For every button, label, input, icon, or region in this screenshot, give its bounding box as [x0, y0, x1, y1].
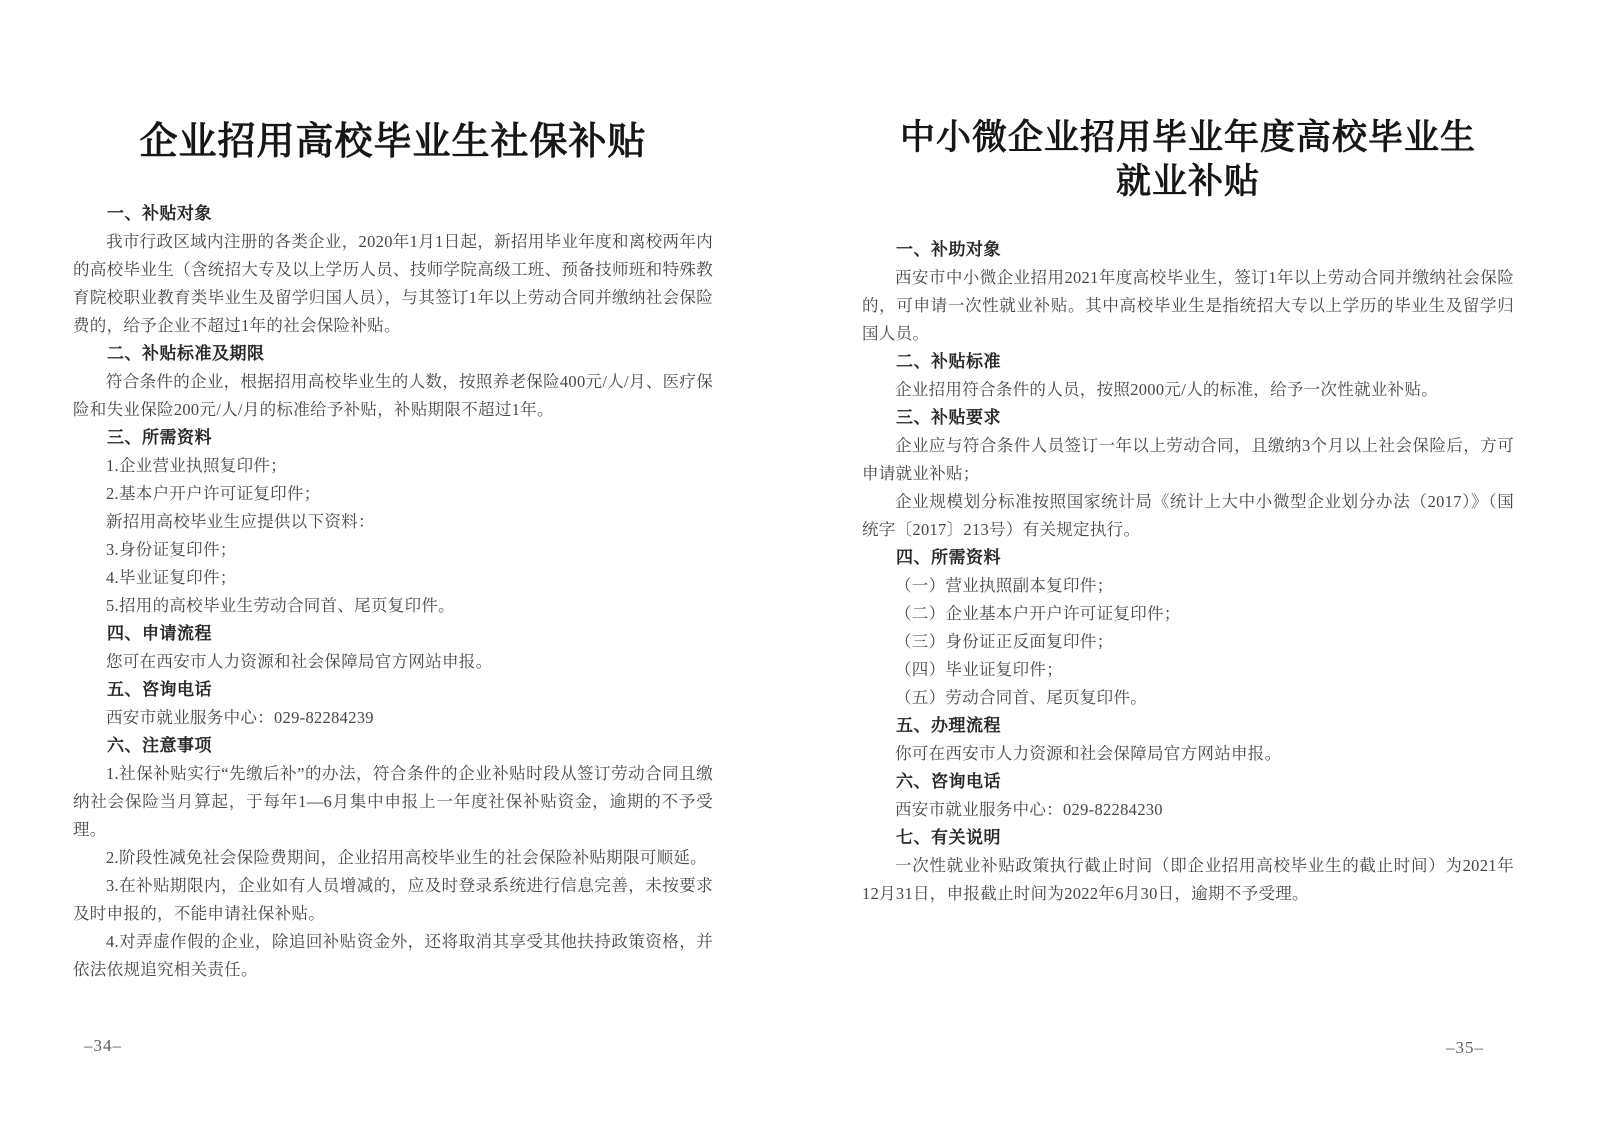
section-heading: 二、补贴标准及期限 — [73, 340, 713, 368]
section-heading: 四、申请流程 — [73, 620, 713, 648]
paragraph: （三）身份证正反面复印件； — [862, 628, 1514, 656]
paragraph: 企业规模划分标准按照国家统计局《统计上大中小微型企业划分办法（2017）》（国统… — [862, 488, 1514, 544]
page-left: 企业招用高校毕业生社保补贴 一、补贴对象我市行政区域内注册的各类企业，2020年… — [73, 0, 713, 1142]
section-heading: 一、补贴对象 — [73, 200, 713, 228]
page-number-left: –34– — [84, 1036, 122, 1056]
paragraph: 5.招用的高校毕业生劳动合同首、尾页复印件。 — [73, 592, 713, 620]
paragraph: 新招用高校毕业生应提供以下资料： — [73, 508, 713, 536]
paragraph: 符合条件的企业，根据招用高校毕业生的人数，按照养老保险400元/人/月、医疗保险… — [73, 368, 713, 424]
section-heading: 六、注意事项 — [73, 732, 713, 760]
section-heading: 三、所需资料 — [73, 424, 713, 452]
paragraph: （五）劳动合同首、尾页复印件。 — [862, 684, 1514, 712]
title-line: 就业补贴 — [862, 160, 1514, 204]
paragraph: 4.毕业证复印件； — [73, 564, 713, 592]
page-left-body: 一、补贴对象我市行政区域内注册的各类企业，2020年1月1日起，新招用毕业年度和… — [73, 200, 713, 984]
paragraph: 2.阶段性减免社会保险费期间，企业招用高校毕业生的社会保险补贴期限可顺延。 — [73, 844, 713, 872]
paragraph: 1.企业营业执照复印件； — [73, 452, 713, 480]
section-heading: 三、补贴要求 — [862, 404, 1514, 432]
paragraph: 西安市就业服务中心：029-82284230 — [862, 796, 1514, 824]
paragraph: 你可在西安市人力资源和社会保障局官方网站申报。 — [862, 740, 1514, 768]
paragraph: 您可在西安市人力资源和社会保障局官方网站申报。 — [73, 648, 713, 676]
page-number-right: –35– — [1446, 1038, 1484, 1058]
page-left-title: 企业招用高校毕业生社保补贴 — [73, 0, 713, 164]
paragraph: 4.对弄虚作假的企业，除追回补贴资金外，还将取消其享受其他扶持政策资格，并依法依… — [73, 928, 713, 984]
paragraph: 西安市就业服务中心：029-82284239 — [73, 704, 713, 732]
page-right: 中小微企业招用毕业年度高校毕业生就业补贴 一、补助对象西安市中小微企业招用202… — [862, 0, 1514, 1142]
page-right-body: 一、补助对象西安市中小微企业招用2021年度高校毕业生，签订1年以上劳动合同并缴… — [862, 236, 1514, 908]
paragraph: 一次性就业补贴政策执行截止时间（即企业招用高校毕业生的截止时间）为2021年12… — [862, 852, 1514, 908]
paragraph: 企业应与符合条件人员签订一年以上劳动合同，且缴纳3个月以上社会保险后，方可申请就… — [862, 432, 1514, 488]
paragraph: 我市行政区域内注册的各类企业，2020年1月1日起，新招用毕业年度和离校两年内的… — [73, 228, 713, 340]
paragraph: 西安市中小微企业招用2021年度高校毕业生，签订1年以上劳动合同并缴纳社会保险的… — [862, 264, 1514, 348]
paragraph: （二）企业基本户开户许可证复印件； — [862, 600, 1514, 628]
paragraph: 1.社保补贴实行“先缴后补”的办法，符合条件的企业补贴时段从签订劳动合同且缴纳社… — [73, 760, 713, 844]
section-heading: 五、办理流程 — [862, 712, 1514, 740]
section-heading: 六、咨询电话 — [862, 768, 1514, 796]
section-heading: 七、有关说明 — [862, 824, 1514, 852]
section-heading: 五、咨询电话 — [73, 676, 713, 704]
title-line: 企业招用高校毕业生社保补贴 — [73, 120, 713, 164]
paragraph: （四）毕业证复印件； — [862, 656, 1514, 684]
document-spread: { "colors": { "page_bg": "#ffffff", "tit… — [0, 0, 1600, 1142]
section-heading: 二、补贴标准 — [862, 348, 1514, 376]
paragraph: 企业招用符合条件的人员，按照2000元/人的标准，给予一次性就业补贴。 — [862, 376, 1514, 404]
section-heading: 四、所需资料 — [862, 544, 1514, 572]
title-line: 中小微企业招用毕业年度高校毕业生 — [862, 116, 1514, 160]
paragraph: 2.基本户开户许可证复印件； — [73, 480, 713, 508]
page-right-title: 中小微企业招用毕业年度高校毕业生就业补贴 — [862, 0, 1514, 204]
paragraph: 3.在补贴期限内，企业如有人员增减的，应及时登录系统进行信息完善，未按要求及时申… — [73, 872, 713, 928]
paragraph: 3.身份证复印件； — [73, 536, 713, 564]
paragraph: （一）营业执照副本复印件； — [862, 572, 1514, 600]
section-heading: 一、补助对象 — [862, 236, 1514, 264]
